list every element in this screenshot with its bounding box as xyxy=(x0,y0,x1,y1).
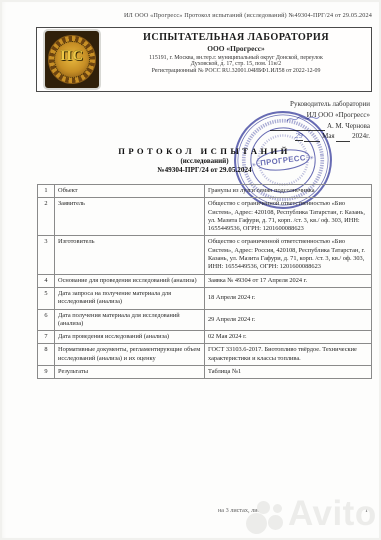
row-label: Дата получения материала для исследовани… xyxy=(55,309,205,331)
approval-role: Руководитель лаборатории xyxy=(270,99,370,110)
approver-name: А. М. Чернова xyxy=(327,122,370,130)
protocol-title-block: ПРОТОКОЛ ИСПЫТАНИЙ (исследований) №49304… xyxy=(37,146,372,174)
signature-underline xyxy=(270,124,325,131)
row-value: 29 Апреля 2024 г. xyxy=(205,309,372,331)
row-label: Объект xyxy=(55,185,205,198)
row-value: Общество с ограниченной ответственностью… xyxy=(205,198,372,236)
protocol-title: ПРОТОКОЛ ИСПЫТАНИЙ xyxy=(37,146,372,156)
table-row: 6 Дата получения материала для исследова… xyxy=(38,309,372,331)
protocol-number-date: №49304-ПРГ/24 от 29.05.2024 xyxy=(37,166,372,174)
avito-watermark-text: Avito xyxy=(288,494,377,534)
row-number: 5 xyxy=(38,287,55,309)
row-value: ГОСТ 33103.6-2017. Биотопливо твёрдое. Т… xyxy=(205,344,372,366)
row-value: Заявка № 49304 от 17 Апреля 2024 г. xyxy=(205,274,372,287)
table-row: 8 Нормативные документы, регламентирующи… xyxy=(38,344,372,366)
protocol-subtitle: (исследований) xyxy=(37,157,372,165)
table-row: 4 Основание для проведения исследований … xyxy=(38,274,372,287)
row-number: 7 xyxy=(38,331,55,344)
row-number: 3 xyxy=(38,236,55,274)
row-label: Дата проведения исследований (анализа) xyxy=(55,331,205,344)
table-row: 2 Заявитель Общество с ограниченной отве… xyxy=(38,198,372,236)
avito-watermark: Avito xyxy=(246,500,381,540)
approval-month: Мая xyxy=(322,132,335,140)
row-number: 1 xyxy=(38,185,55,198)
row-label: Нормативные документы, регламентирующие … xyxy=(55,344,205,366)
org-name: ООО «Прогресс» xyxy=(107,44,365,53)
avito-logo-circle xyxy=(268,515,283,530)
page-footer: на 3 листах, лист 1 xyxy=(218,507,368,514)
date-underline-2 xyxy=(336,135,350,142)
row-label: Изготовитель xyxy=(55,236,205,274)
row-value: Гранулы из лузги семян подсолнечника xyxy=(205,185,372,198)
row-label: Дата запроса на получение материала для … xyxy=(55,287,205,309)
handwritten-day: 29 xyxy=(295,131,303,141)
running-header: ИЛ ООО «Прогресс» Протокол испытаний (ис… xyxy=(124,12,372,19)
scanned-protocol-page: ИЛ ООО «Прогресс» Протокол испытаний (ис… xyxy=(0,0,381,540)
row-value: 18 Апреля 2024 г. xyxy=(205,287,372,309)
table-row: 5 Дата запроса на получение материала дл… xyxy=(38,287,372,309)
letterhead-box: ПС ИСПЫТАТЕЛЬНАЯ ЛАБОРАТОРИЯ ООО «Прогре… xyxy=(36,27,372,92)
row-label: Результаты xyxy=(55,366,205,379)
approval-date-line: 29 Мая 2024г. xyxy=(270,131,370,142)
row-number: 8 xyxy=(38,344,55,366)
table-row: 7 Дата проведения исследований (анализа)… xyxy=(38,331,372,344)
row-number: 6 xyxy=(38,309,55,331)
date-underline-1 xyxy=(304,135,320,142)
laboratory-logo-icon: ПС xyxy=(45,31,99,88)
table-row: 3 Изготовитель Общество с ограниченной о… xyxy=(38,236,372,274)
protocol-table: 1 Объект Гранулы из лузги семян подсолне… xyxy=(37,184,372,379)
org-registration: Регистрационный № РОСС RU.32001.04ИБФ1.И… xyxy=(107,68,365,74)
row-label: Основание для проведения исследований (а… xyxy=(55,274,205,287)
row-value: 02 Мая 2024 г. xyxy=(205,331,372,344)
logo-initials: ПС xyxy=(45,48,99,65)
org-address-line2: Духовской, д. 17, стр. 15, пом. 11н/2 xyxy=(107,61,365,67)
row-number: 9 xyxy=(38,366,55,379)
avito-logo-circle xyxy=(246,513,267,534)
row-value: Общество с ограниченной ответственностью… xyxy=(205,236,372,274)
letterhead-text: ИСПЫТАТЕЛЬНАЯ ЛАБОРАТОРИЯ ООО «Прогресс»… xyxy=(107,32,365,74)
sheets-text: на 3 листах, лист xyxy=(218,507,263,514)
sheet-number: 1 xyxy=(365,507,368,514)
row-label: Заявитель xyxy=(55,198,205,236)
table-row: 9 Результаты Таблица №1 xyxy=(38,366,372,379)
row-number: 4 xyxy=(38,274,55,287)
handwritten-signature xyxy=(286,113,320,125)
row-number: 2 xyxy=(38,198,55,236)
table-row: 1 Объект Гранулы из лузги семян подсолне… xyxy=(38,185,372,198)
row-value: Таблица №1 xyxy=(205,366,372,379)
lab-title: ИСПЫТАТЕЛЬНАЯ ЛАБОРАТОРИЯ xyxy=(107,32,365,43)
approval-year: 2024г. xyxy=(352,132,370,140)
